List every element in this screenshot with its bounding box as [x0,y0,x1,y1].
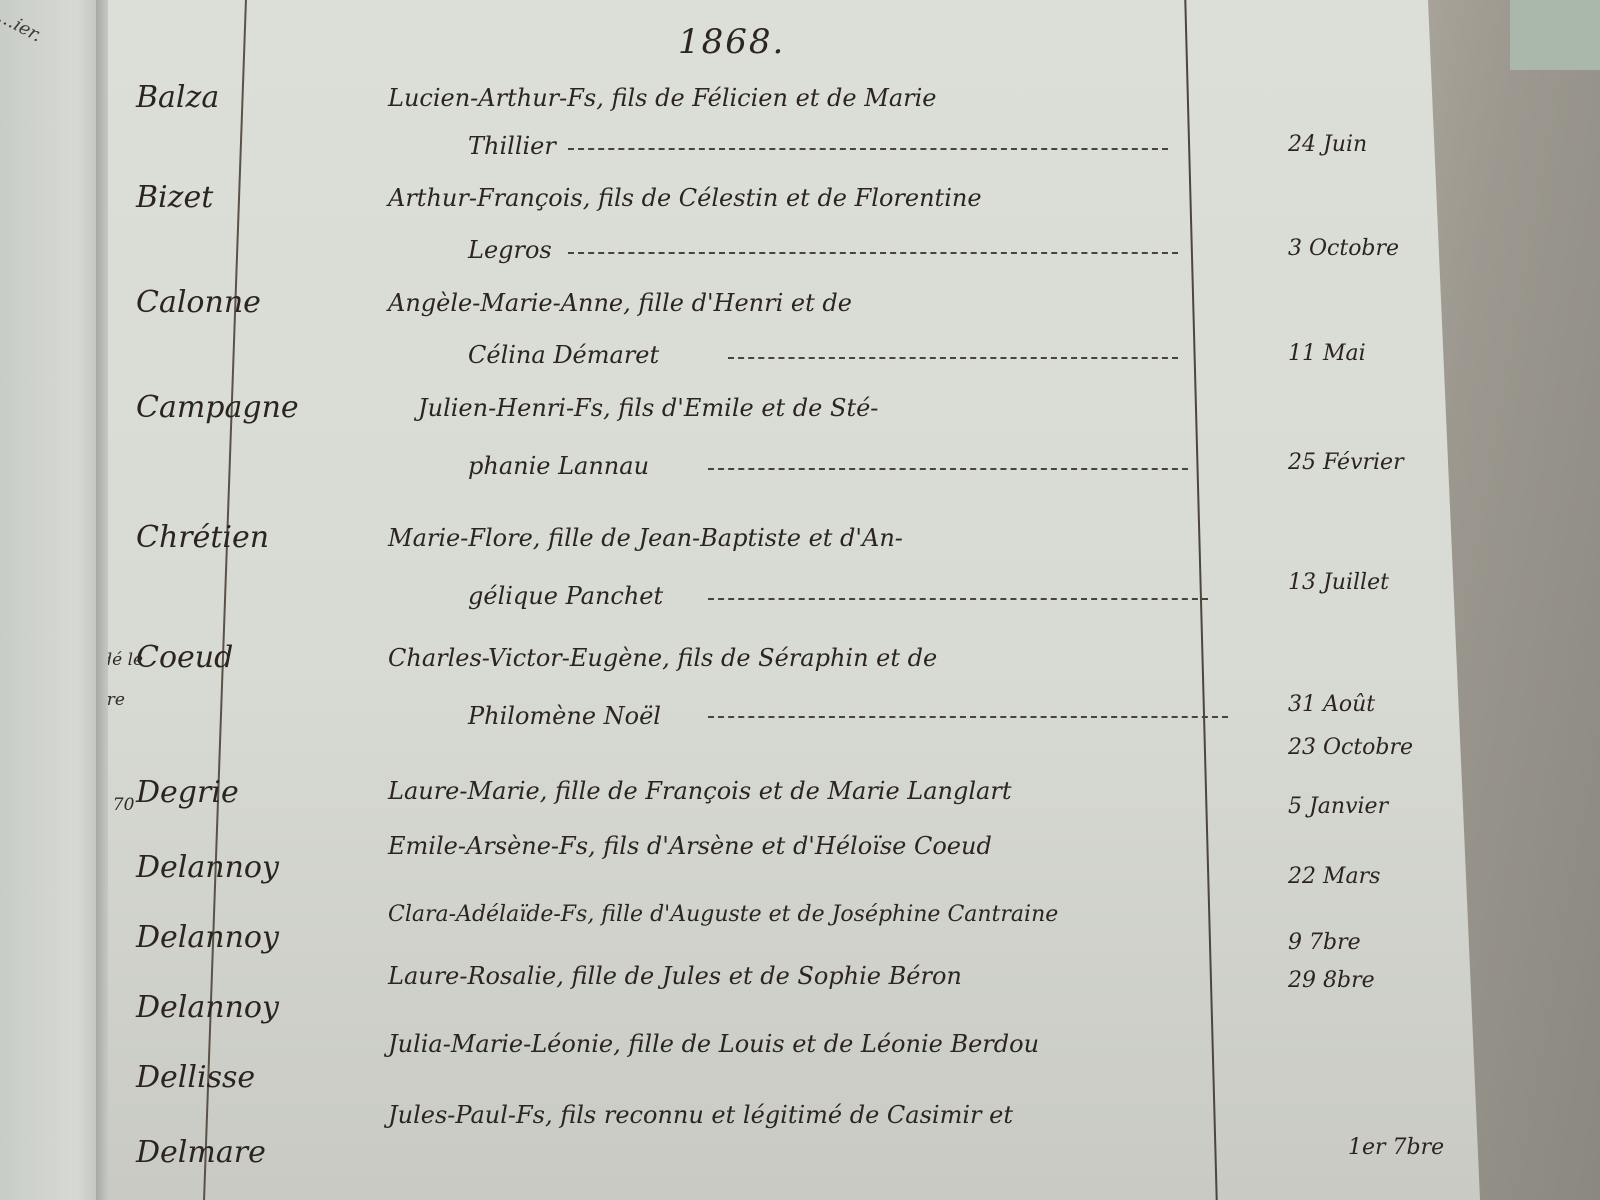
entry-date: 31 Août [1288,692,1375,717]
entry-surname: Delmare [136,1135,266,1170]
entry-text: Charles-Victor-Eugène, fils de Séraphin … [388,644,937,672]
entry-continuation: Thillier [468,132,556,160]
entry-text: Jules-Paul-Fs, fils reconnu et légitimé … [388,1101,1013,1129]
entry-date: 25 Février [1288,450,1404,475]
register-page: 1868. Décédé le 26 7bre D. 6 janv. 70 Ba… [108,0,1480,1200]
entry-surname: Bizet [136,180,213,215]
entry-text: Laure-Rosalie, fille de Jules et de Soph… [388,962,962,990]
dashed-line [568,148,1168,150]
dashed-line [708,716,1228,718]
entry-surname: Delannoy [136,850,279,885]
entry-continuation: Philomène Noël [468,702,661,730]
entry-text: Arthur-François, fils de Célestin et de … [388,184,982,212]
entry-date: 23 Octobre [1288,735,1413,760]
left-page: …ier. [0,0,110,1200]
entry-surname: Delannoy [136,990,279,1025]
entry-surname: Dellisse [136,1060,255,1095]
date-column-rule [1184,0,1217,1200]
entry-surname: Coeud [136,640,233,675]
year-heading: 1868. [678,22,785,62]
entry-surname: Balza [136,80,219,115]
entry-text: Angèle-Marie-Anne, fille d'Henri et de [388,289,852,317]
entry-text: Julia-Marie-Léonie, fille de Louis et de… [388,1030,1039,1058]
entry-text: Marie-Flore, fille de Jean-Baptiste et d… [388,524,903,552]
entry-date: 5 Janvier [1288,794,1388,819]
entry-text: Julien-Henri-Fs, fils d'Emile et de Sté- [418,394,878,422]
entry-surname: Degrie [136,775,239,810]
entry-continuation: gélique Panchet [468,582,663,610]
entry-continuation: Legros [468,236,552,264]
entry-date: 9 7bre [1288,930,1361,955]
entry-surname: Calonne [136,285,261,320]
entry-date: 1er 7bre [1348,1135,1444,1160]
dashed-line [708,468,1188,470]
dashed-line [728,357,1178,359]
entry-date: 3 Octobre [1288,236,1399,261]
dashed-line [568,252,1178,254]
entry-continuation: Célina Démaret [468,341,659,369]
entry-surname: Chrétien [136,520,269,555]
background-object [1510,0,1600,70]
entry-date: 22 Mars [1288,864,1380,889]
left-page-text: …ier. [0,6,45,46]
entry-text: Emile-Arsène-Fs, fils d'Arsène et d'Hélo… [388,832,992,860]
entry-surname: Delannoy [136,920,279,955]
entry-text: Clara-Adélaïde-Fs, fille d'Auguste et de… [388,902,1058,927]
entry-text: Laure-Marie, fille de François et de Mar… [388,777,1011,805]
entry-date: 13 Juillet [1288,570,1389,595]
entry-date: 24 Juin [1288,132,1367,157]
entry-date: 29 8bre [1288,968,1375,993]
entry-date: 11 Mai [1288,341,1366,366]
entry-text: Lucien-Arthur-Fs, fils de Félicien et de… [388,84,936,112]
entry-continuation: phanie Lannau [468,452,649,480]
dashed-line [708,598,1208,600]
entry-surname: Campagne [136,390,299,425]
